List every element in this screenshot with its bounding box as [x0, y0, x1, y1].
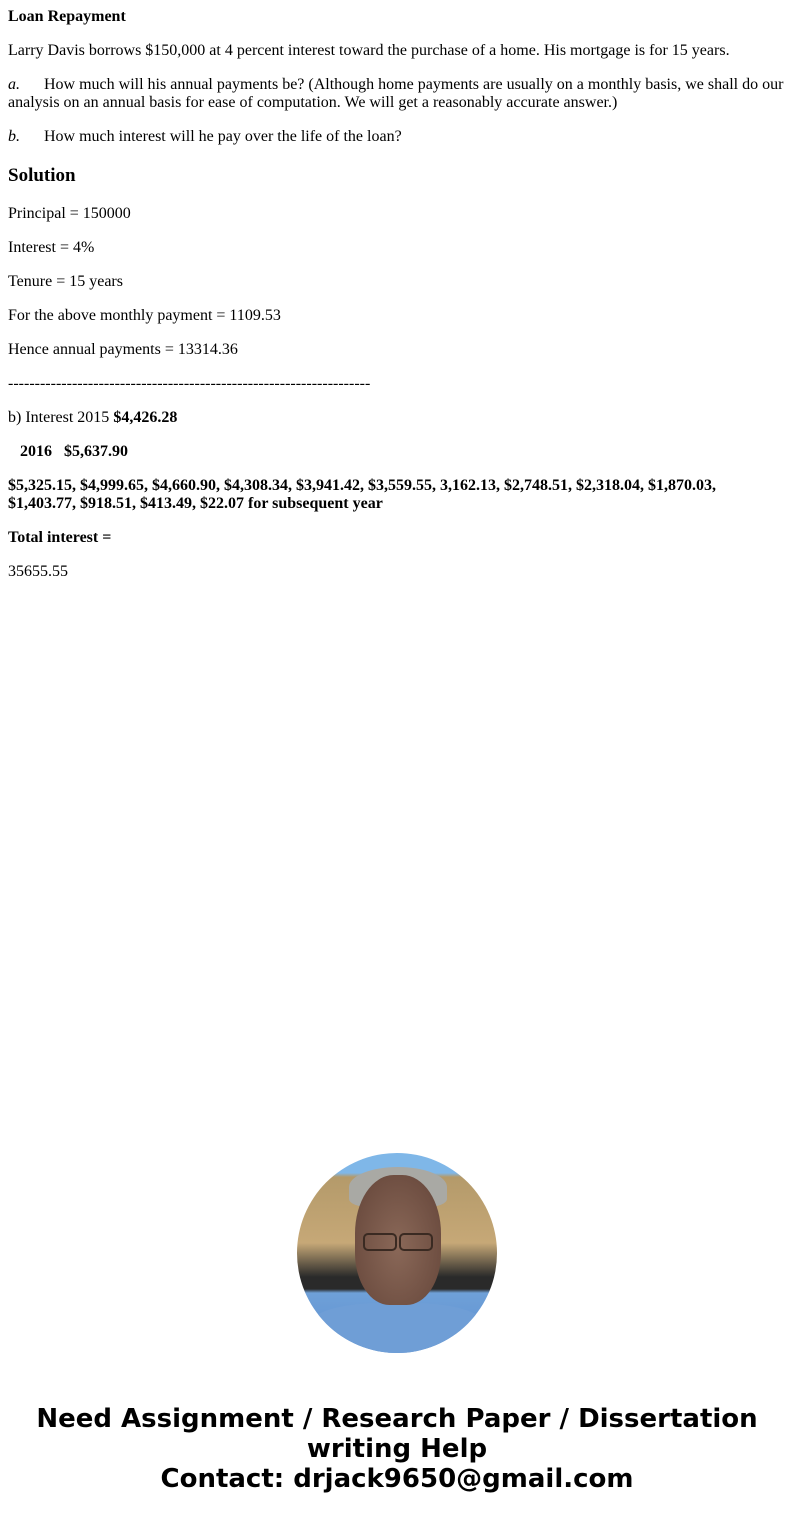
question-part-a: a.How much will his annual payments be? …: [8, 76, 786, 112]
solution-heading: Solution: [8, 165, 76, 187]
part-b-label: b.: [8, 128, 44, 146]
solution-principal: Principal = 150000: [8, 205, 786, 223]
author-avatar: [297, 1153, 497, 1353]
part-b-text: How much interest will he pay over the l…: [44, 128, 402, 145]
avatar-shirt: [307, 1303, 487, 1353]
interest-subsequent: $5,325.15, $4,999.65, $4,660.90, $4,308.…: [8, 477, 786, 513]
banner-contact[interactable]: Contact: drjack9650@gmail.com: [0, 1464, 794, 1494]
question-intro: Larry Davis borrows $150,000 at 4 percen…: [8, 42, 786, 60]
banner-line-2: writing Help: [0, 1434, 794, 1464]
banner-line-1: Need Assignment / Research Paper / Disse…: [0, 1404, 794, 1434]
avatar-glasses: [363, 1233, 433, 1249]
part-a-text: How much will his annual payments be? (A…: [8, 76, 783, 111]
divider: ----------------------------------------…: [8, 375, 786, 393]
solution-interest: Interest = 4%: [8, 239, 786, 257]
interest-2015: b) Interest 2015 $4,426.28: [8, 409, 786, 427]
total-interest-value: 35655.55: [8, 563, 786, 581]
question-part-b: b.How much interest will he pay over the…: [8, 128, 786, 146]
interest-2016: 2016 $5,637.90: [20, 443, 786, 461]
solution-tenure: Tenure = 15 years: [8, 273, 786, 291]
interest-prefix: b) Interest 2015: [8, 409, 113, 426]
question-title: Loan Repayment: [8, 8, 786, 26]
solution-monthly-payment: For the above monthly payment = 1109.53: [8, 307, 786, 325]
total-interest-label: Total interest =: [8, 529, 786, 547]
interest-2015-value: $4,426.28: [113, 409, 177, 426]
solution-annual-payment: Hence annual payments = 13314.36: [8, 341, 786, 359]
contact-banner: Need Assignment / Research Paper / Disse…: [0, 1404, 794, 1494]
part-a-label: a.: [8, 76, 44, 94]
